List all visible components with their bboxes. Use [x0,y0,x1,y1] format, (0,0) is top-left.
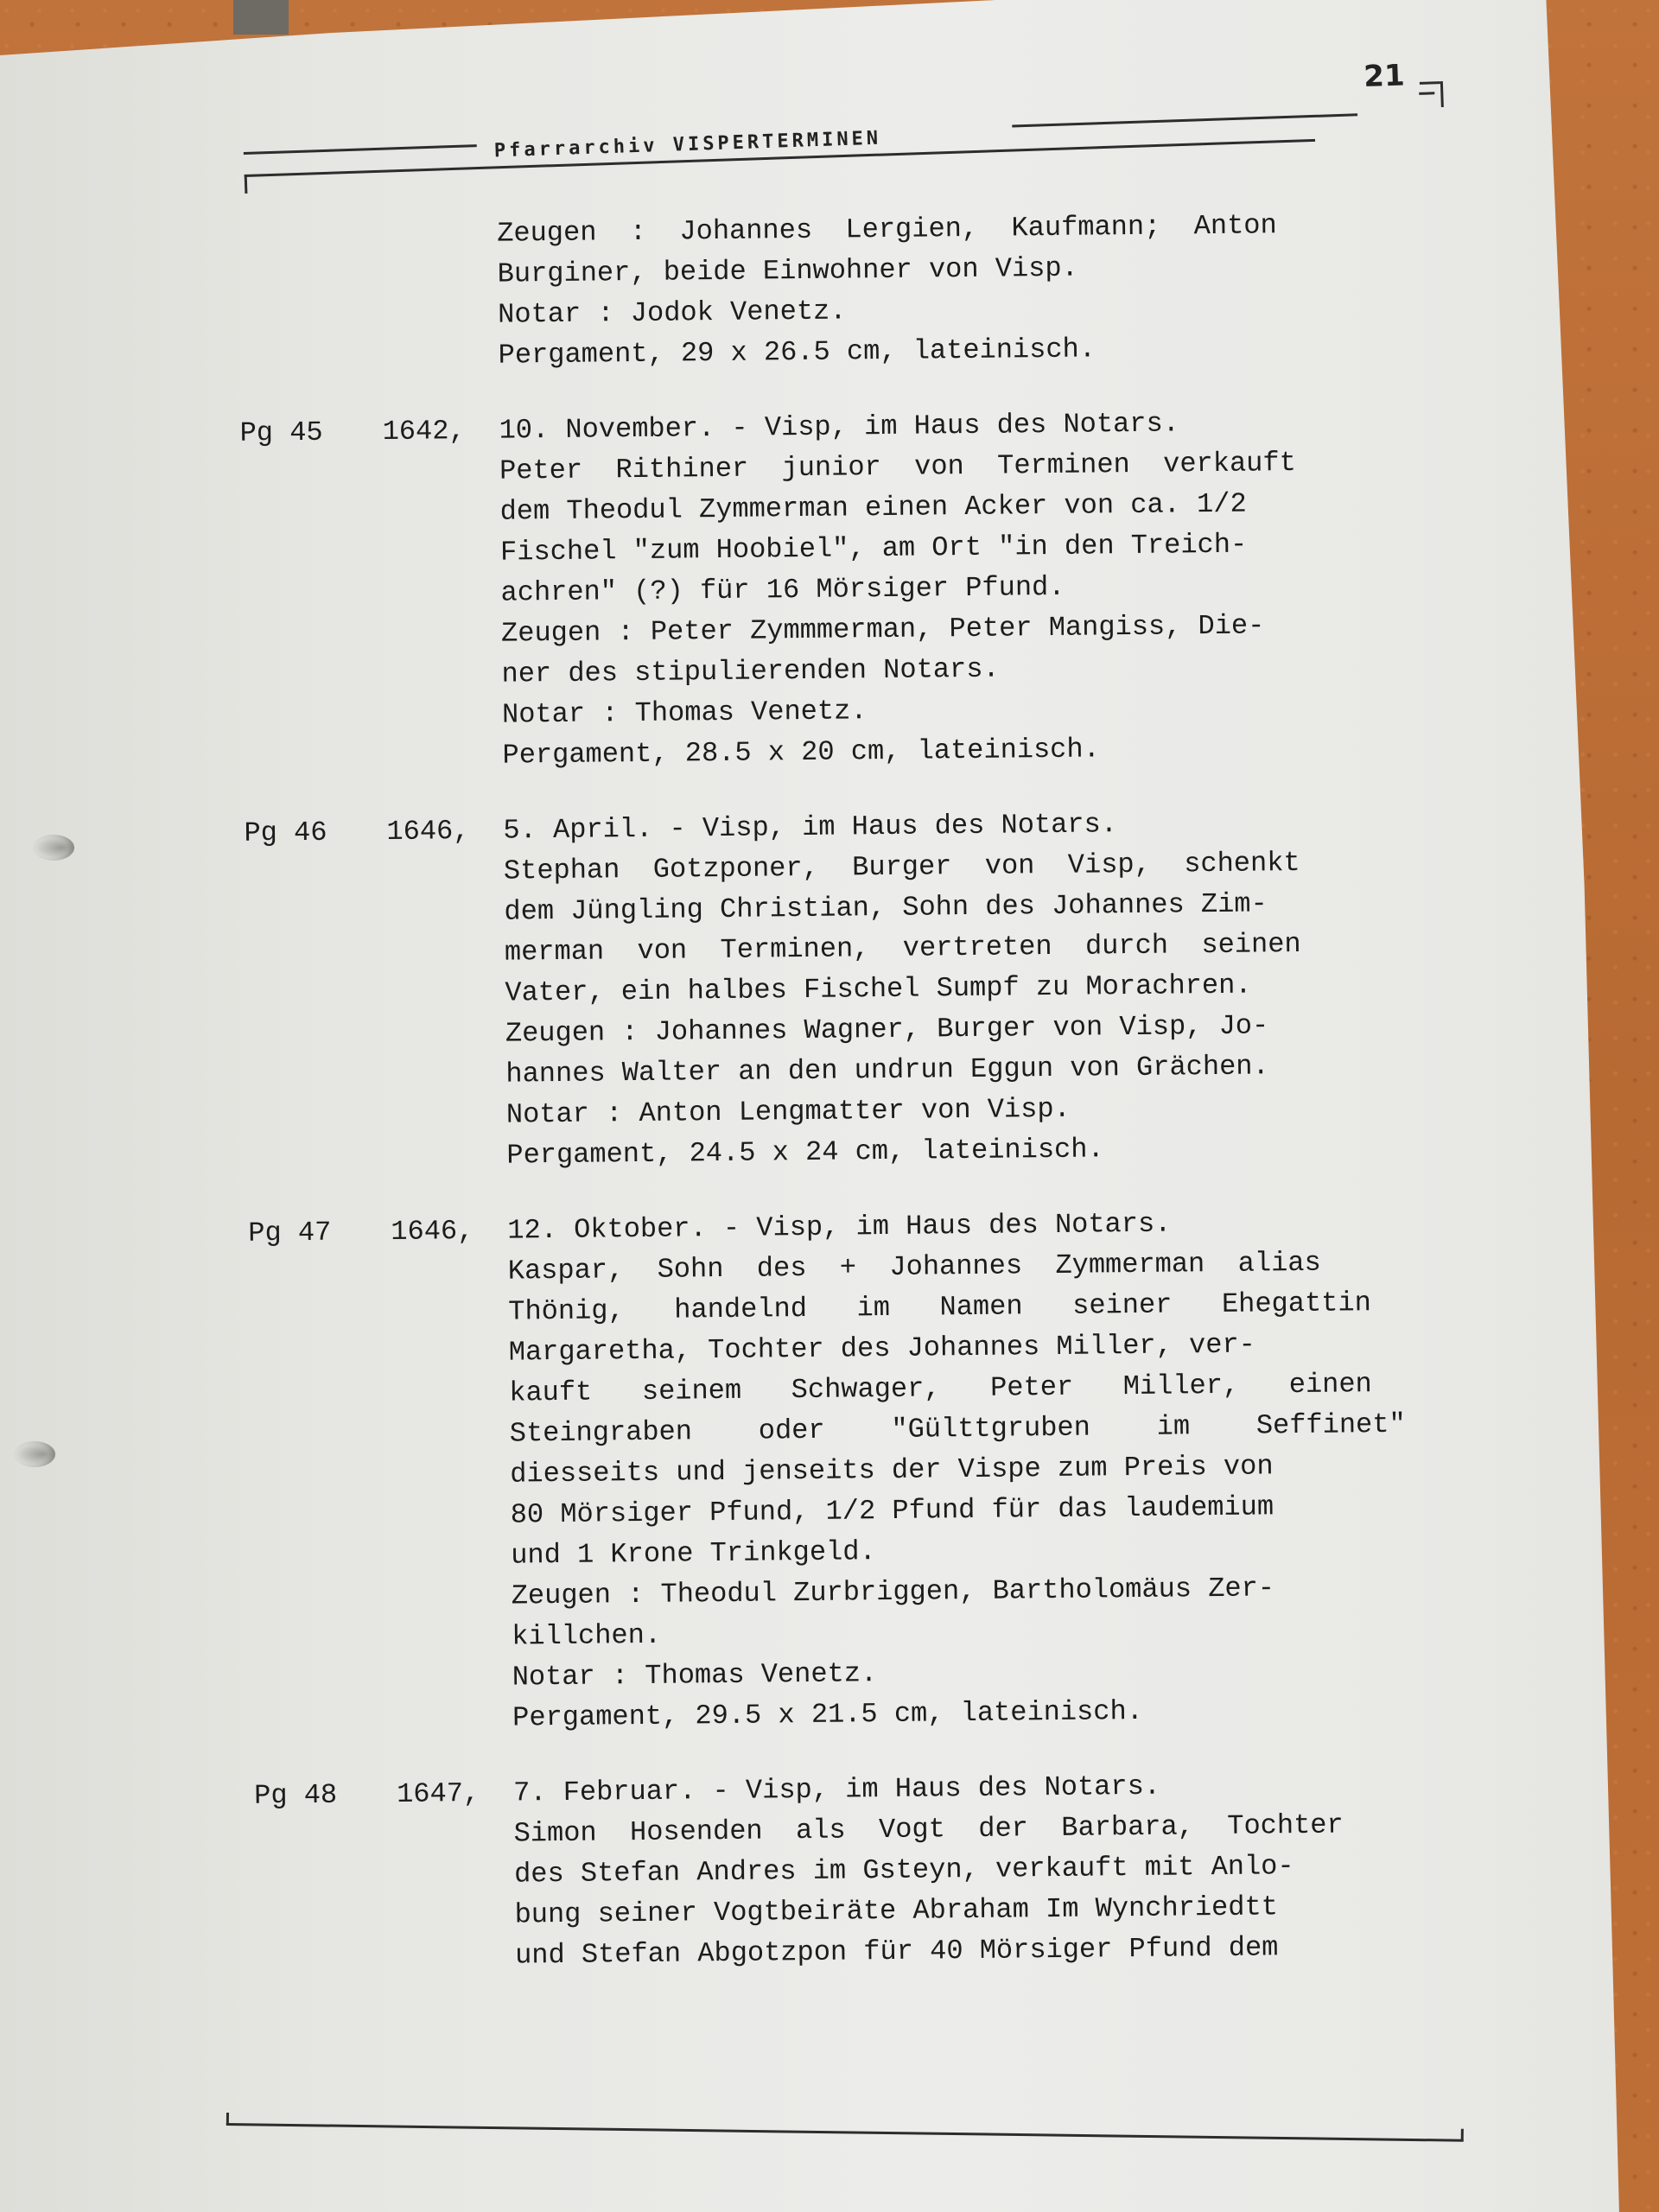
footer-corner-right [1461,2129,1464,2141]
entry-pg-46: Pg 46 1646, 5. April. - Visp, im Haus de… [226,800,1483,1179]
header-corner-right-tick-2 [1419,92,1434,95]
document-body: Zeugen : Johannes Lergien, Kaufmann; Ant… [220,203,1492,2013]
header-rule-upper-right [1012,113,1357,127]
entry-pg-47: Pg 47 1646, 12. Oktober. - Visp, im Haus… [231,1200,1489,1741]
page-header: Pfarrarchiv VISPERTERMINEN 21 [242,57,1452,209]
footer-corner-left [226,2113,229,2125]
entry-year: 1646, [386,810,481,852]
punch-hole-bottom [14,1441,55,1467]
footer-line [226,2123,1464,2142]
document-page: Pfarrarchiv VISPERTERMINEN 21 Zeugen : J… [0,0,1659,2212]
continuation-entry: Zeugen : Johannes Lergien, Kaufmann; Ant… [220,203,1475,378]
header-rule-upper-left [244,144,477,155]
entry-text: 7. Februar. - Visp, im Haus des Notars. … [513,1763,1491,1976]
entry-id: Pg 48 [254,1775,349,1816]
header-corner-right-tick-1 [1420,81,1440,85]
entry-id: Pg 45 [239,412,334,454]
punch-hole-top [33,835,74,861]
grey-binder-strip [233,0,289,35]
entry-year: 1646, [391,1211,486,1252]
page-footer-rule [226,2113,1464,2181]
entry-text: 12. Oktober. - Visp, im Haus des Notars.… [507,1200,1489,1738]
continuation-text: Zeugen : Johannes Lergien, Kaufmann; Ant… [497,203,1475,376]
page-number: 21 [1363,58,1406,94]
entry-text: 5. April. - Visp, im Haus des Notars. St… [503,800,1483,1176]
entry-id: Pg 47 [248,1212,343,1254]
entry-pg-45: Pg 45 1642, 10. November. - Visp, im Hau… [222,400,1478,779]
entry-year: 1642, [382,410,477,452]
header-corner-left [245,175,248,194]
entry-text: 10. November. - Visp, im Haus des Notars… [499,400,1478,776]
entry-pg-48: Pg 48 1647, 7. Februar. - Visp, im Haus … [237,1763,1491,1979]
header-corner-right [1440,81,1444,107]
entry-id: Pg 46 [244,812,339,854]
entry-year: 1647, [397,1773,492,1815]
